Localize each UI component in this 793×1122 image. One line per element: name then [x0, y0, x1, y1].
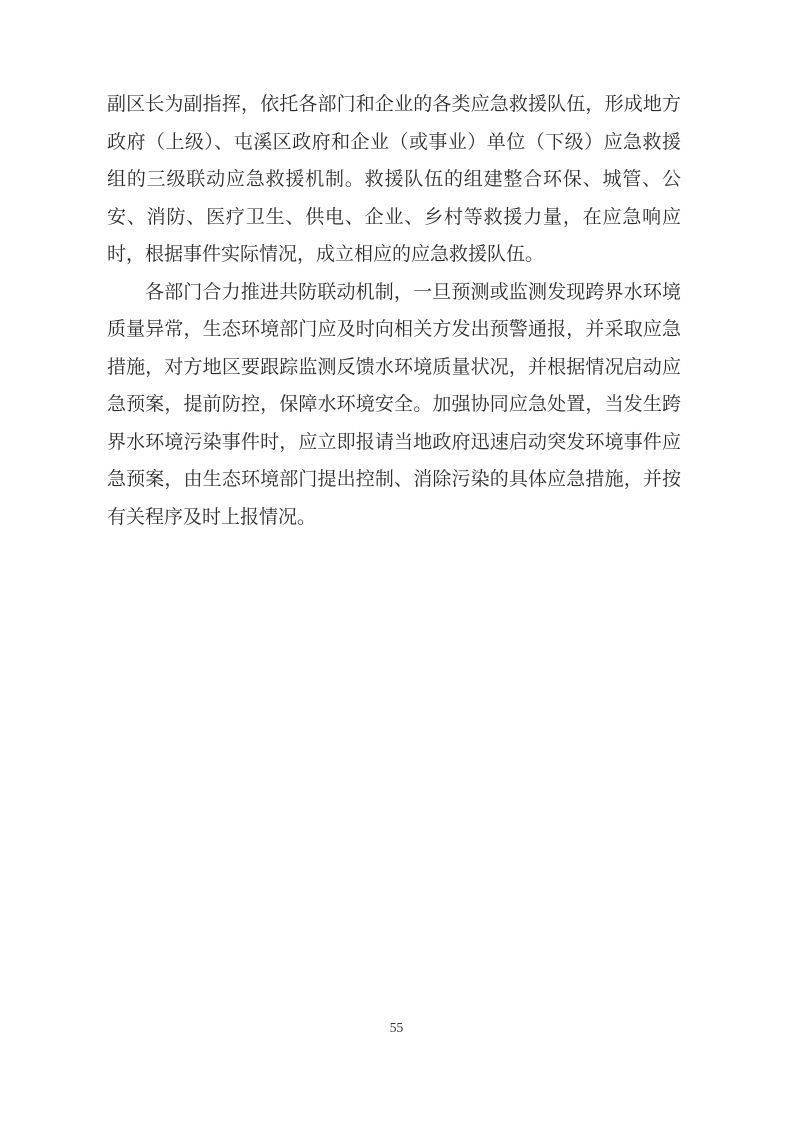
page-number: 55 — [390, 1020, 404, 1035]
document-page: 副区长为副指挥，依托各部门和企业的各类应急救援队伍，形成地方政府（上级）、屯溪区… — [0, 0, 793, 1122]
document-body: 副区长为副指挥，依托各部门和企业的各类应急救援队伍，形成地方政府（上级）、屯溪区… — [107, 86, 681, 536]
page-footer: 55 — [0, 1019, 793, 1037]
paragraph-rescue-mechanism: 副区长为副指挥，依托各部门和企业的各类应急救援队伍，形成地方政府（上级）、屯溪区… — [107, 86, 681, 274]
paragraph-joint-prevention: 各部门合力推进共防联动机制，一旦预测或监测发现跨界水环境质量异常，生态环境部门应… — [107, 274, 681, 537]
